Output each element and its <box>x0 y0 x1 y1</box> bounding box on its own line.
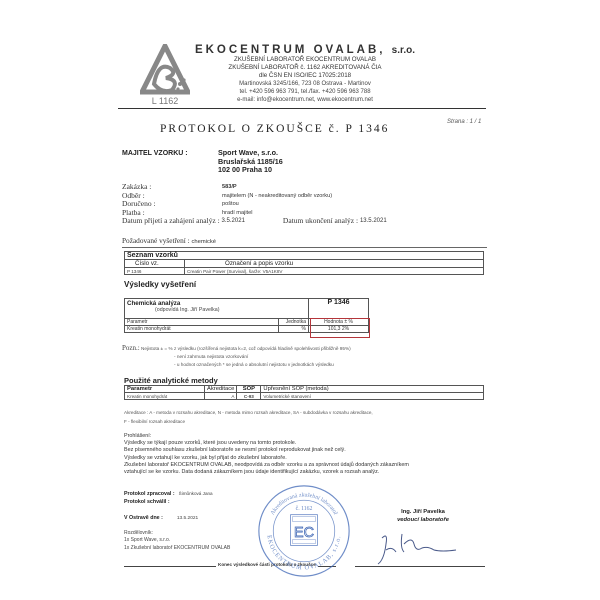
svg-text:EC: EC <box>294 525 314 541</box>
sample-id: P 1346 <box>309 299 369 319</box>
uncertainty-note: Pozn.: Nejistota ± = % z výsledku (rozší… <box>122 344 351 369</box>
finished-date: 13.5.2021 <box>360 217 387 226</box>
table-row: P 1346Creatin Pair Power (Survival), šar… <box>125 268 484 275</box>
table-row: Kreatin monohydrátAC-93Volumetrické stan… <box>125 393 484 400</box>
results-heading: Výsledky vyšetření <box>124 280 196 289</box>
header-line: ZKUŠEBNÍ LABORATOŘ EKOCENTRUM OVALAB <box>190 56 420 64</box>
issue-date: V Ostravě dne :13.5.2021 <box>124 515 198 521</box>
received-date: 3.5.2021 <box>222 217 245 226</box>
signature-icon <box>372 530 462 568</box>
header-divider <box>118 108 486 109</box>
header-line: ZKUŠEBNÍ LABORATOŘ č. 1162 AKREDITOVANÁ … <box>190 64 420 72</box>
lab-head-name: Ing. Jiří Pavelka <box>368 508 478 516</box>
methods-table: ParametrAkreditaceSOPUpřesnění SOP (meto… <box>124 385 484 400</box>
owner-label: MAJITEL VZORKU : <box>122 150 188 157</box>
header-email: e-mail: info@ekocentrum.net, www.ekocent… <box>190 96 420 104</box>
accreditation-legend: Akreditace : A - metoda v rozsahu akredi… <box>124 408 484 426</box>
protocol-signoff: Protokol zpracoval :Šimůnková Jana Proto… <box>124 490 213 506</box>
lab-head: Ing. Jiří Pavelka vedoucí laboratoře <box>368 508 478 524</box>
section-divider <box>122 247 487 248</box>
svg-text:č. 1162: č. 1162 <box>296 506 313 512</box>
lab-head-title: vedoucí laboratoře <box>368 516 478 524</box>
declaration: Prohlášení: Výsledky se týkají pouze vzo… <box>124 433 489 476</box>
protocol-title: PROTOKOL O ZKOUŠCE č. P 1346 <box>160 123 389 135</box>
result-highlight-box <box>310 318 370 338</box>
order-details: Zakázka :583/P Odběr :majitelem (N - nea… <box>122 183 482 226</box>
ovalab-logo: L 1162 <box>140 44 190 106</box>
finished-date-label: Datum ukončení analýz : <box>283 217 358 226</box>
sample-list-table: Seznam vzorků Číslo vz.Označení a popis … <box>124 251 484 275</box>
accreditation-stamp-icon: Akreditovaná zkušební laboratoř EKOCENTR… <box>255 483 353 579</box>
header-address: Martinovská 3245/166, 723 08 Ostrava - M… <box>190 80 420 88</box>
responsible-person: (odpovídá Ing. Jiří Pavelka) <box>127 307 306 313</box>
sample-list-title: Seznam vzorků <box>125 252 484 260</box>
owner-address: Sport Wave, s.r.o.Bruslařská 1185/16102 … <box>218 149 283 175</box>
received-date-label: Datum přijetí a zahájení analýz : <box>122 217 220 226</box>
page-indicator: Strana : 1 / 1 <box>447 119 481 125</box>
company-name: EKOCENTRUM OVALAB, s.r.o. <box>190 44 420 56</box>
header-phone: tel. +420 596 963 791, tel./fax. +420 59… <box>190 88 420 96</box>
logo-label: L 1162 <box>152 96 179 106</box>
methods-heading: Použité analytické metody <box>124 376 218 385</box>
header-line: dle ČSN EN ISO/IEC 17025:2018 <box>190 72 420 80</box>
distribution-list: Rozdělovník: 1x Sport Wave, s.r.o. 1x Zk… <box>124 530 230 552</box>
analysis-group: Chemická analýza <box>127 300 306 307</box>
signature-line <box>355 566 485 567</box>
lab-header: EKOCENTRUM OVALAB, s.r.o. ZKUŠEBNÍ LABOR… <box>190 44 420 104</box>
svg-text:Akreditovaná zkušební laborato: Akreditovaná zkušební laboratoř <box>270 492 338 516</box>
requested-exam: Požadované vyšetření : chemické <box>122 236 216 245</box>
